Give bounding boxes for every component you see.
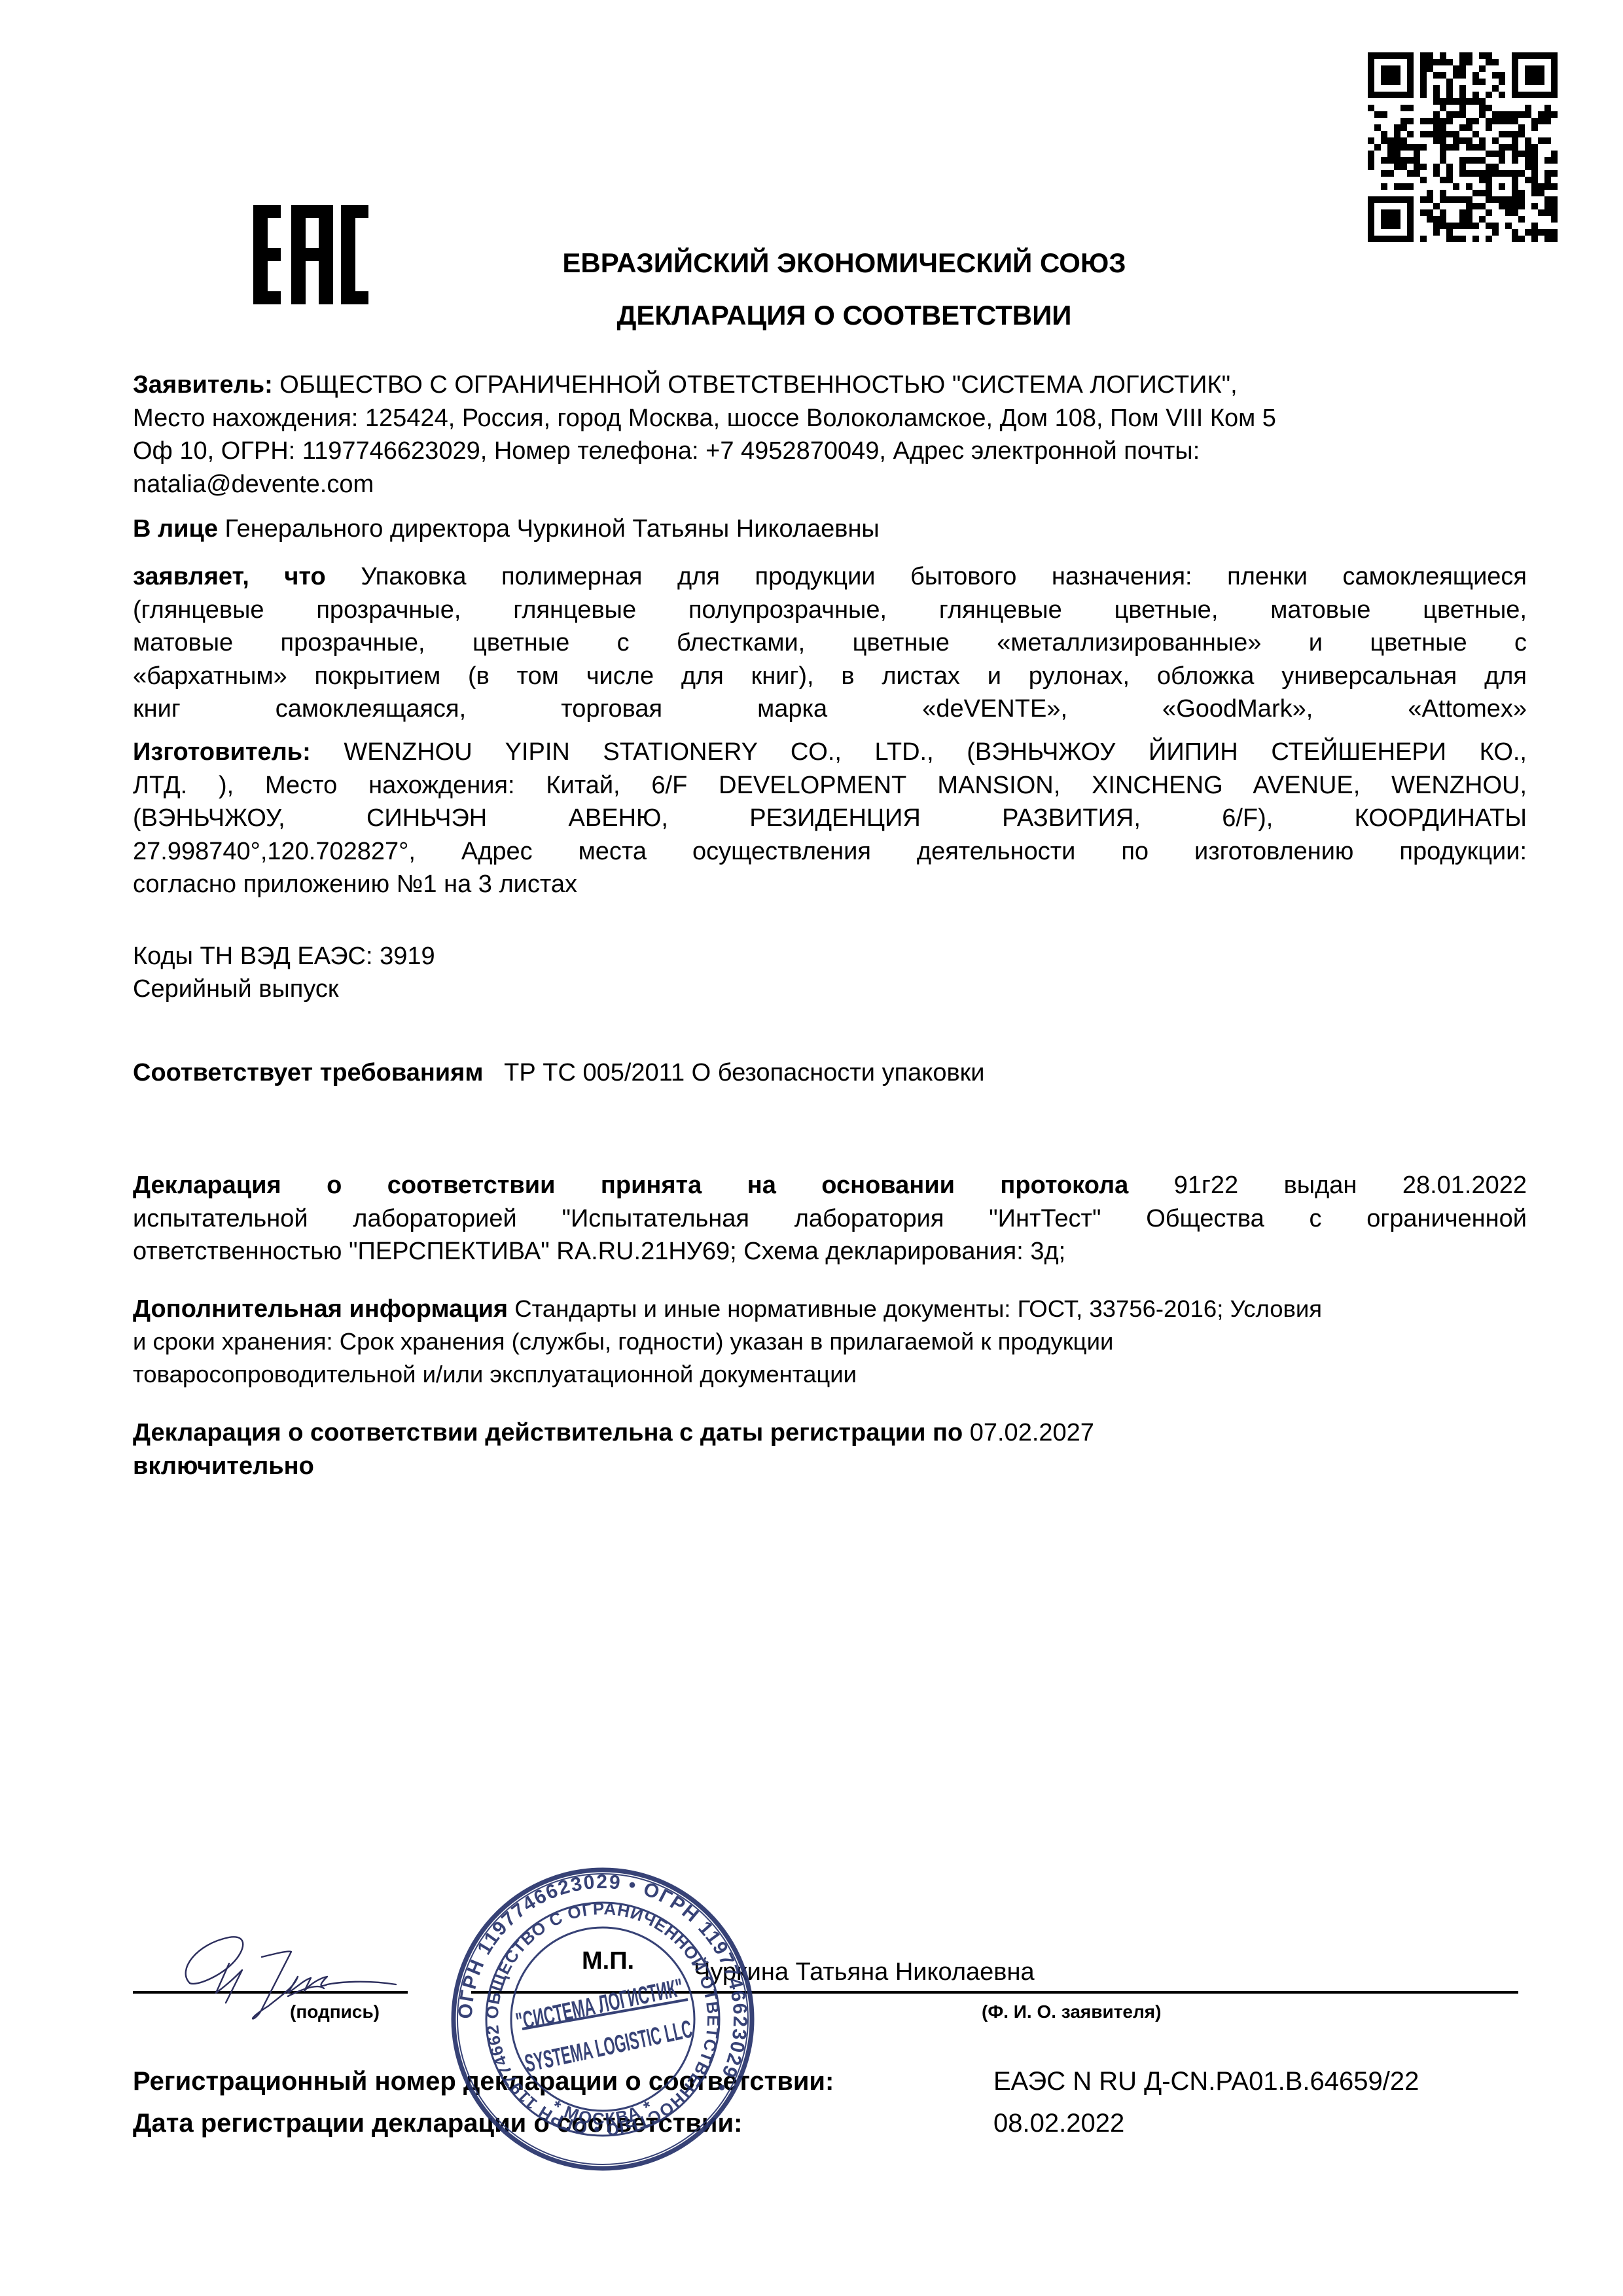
applicant-section: Заявитель: ОБЩЕСТВО С ОГРАНИЧЕННОЙ ОТВЕТ… (133, 368, 1527, 501)
extra-line-2: и сроки хранения: Срок хранения (службы,… (133, 1325, 1527, 1358)
union-title: ЕВРАЗИЙСКИЙ ЭКОНОМИЧЕСКИЙ СОЮЗ (0, 247, 1623, 279)
declares-label: заявляет, что (133, 563, 326, 590)
manufacturer-line-2: ЛТД. ), Место нахождения: Китай, 6/F DEV… (133, 769, 1527, 802)
handwritten-signature-icon (170, 1931, 419, 2029)
conforms-label: Соответствует требованиям (133, 1059, 483, 1086)
person-section: В лице Генерального директора Чуркиной Т… (133, 512, 1527, 546)
extra-line-3: товаросопроводительной и/или эксплуатаци… (133, 1358, 1527, 1391)
basis-line-3: ответственностью "ПЕРСПЕКТИВА" RA.RU.21Н… (133, 1235, 1527, 1268)
basis-line-1: 91г22 выдан 28.01.2022 (1128, 1172, 1527, 1199)
validity-date: 07.02.2027 (963, 1419, 1094, 1446)
product-line-1: Упаковка полимерная для продукции бытово… (326, 563, 1527, 590)
codes-section: Коды ТН ВЭД ЕАЭС: 3919 Серийный выпуск (133, 940, 1527, 1005)
applicant-email: natalia@devente.com (133, 468, 1527, 501)
applicant-label: Заявитель: (133, 371, 273, 399)
validity-label: Декларация о соответствии действительна … (133, 1419, 963, 1446)
declaration-title: ДЕКЛАРАЦИЯ О СООТВЕТСТВИИ (0, 300, 1623, 331)
manufacturer-line-1: WENZHOU YIPIN STATIONERY CO., LTD., (ВЭН… (311, 738, 1527, 766)
manufacturer-line-4: 27.998740°,120.702827°, Адрес места осущ… (133, 835, 1527, 869)
conforms-section: Соответствует требованиям ТР ТС 005/2011… (133, 1056, 1527, 1090)
product-line-4: «бархатным» покрытием (в том числе для к… (133, 660, 1527, 693)
extra-line-1: Стандарты и иные нормативные документы: … (508, 1295, 1322, 1322)
applicant-contacts: Оф 10, ОГРН: 1197746623029, Номер телефо… (133, 435, 1527, 468)
manufacturer-line-5: согласно приложению №1 на 3 листах (133, 868, 1527, 901)
manufacturer-label: Изготовитель: (133, 738, 311, 766)
tn-ved-code: Коды ТН ВЭД ЕАЭС: 3919 (133, 940, 1527, 973)
registration-number-value: ЕАЭС N RU Д-CN.РА01.В.64659/22 (993, 2067, 1419, 2096)
qr-code-icon (1368, 52, 1558, 242)
basis-section: Декларация о соответствии принята на осн… (133, 1169, 1527, 1268)
extra-info-section: Дополнительная информация Стандарты и ин… (133, 1293, 1527, 1391)
validity-suffix: включительно (133, 1450, 1527, 1483)
product-line-2: (глянцевые прозрачные, глянцевые полупро… (133, 594, 1527, 627)
company-stamp: ОГРН 1197746623029 • ОГРН 1197746623029 … (449, 1865, 757, 2173)
basis-line-2: испытательной лабораторией "Испытательна… (133, 1202, 1527, 1236)
manufacturer-section: Изготовитель: WENZHOU YIPIN STATIONERY C… (133, 736, 1527, 901)
product-line-5: книг самоклеящаяся, торговая марка «deVE… (133, 692, 1527, 726)
conforms-text: ТР ТС 005/2011 О безопасности упаковки (483, 1059, 984, 1086)
basis-label: Декларация о соответствии принята на осн… (133, 1172, 1128, 1199)
applicant-name: ОБЩЕСТВО С ОГРАНИЧЕННОЙ ОТВЕТСТВЕННОСТЬЮ… (273, 371, 1238, 399)
release-type: Серийный выпуск (133, 973, 1527, 1005)
extra-info-label: Дополнительная информация (133, 1295, 508, 1323)
fio-caption: (Ф. И. О. заявителя) (982, 2001, 1161, 2022)
product-line-3: матовые прозрачные, цветные с блестками,… (133, 626, 1527, 660)
person-label: В лице (133, 515, 218, 543)
applicant-address: Место нахождения: 125424, Россия, город … (133, 402, 1527, 435)
declares-section: заявляет, что Упаковка полимерная для пр… (133, 560, 1527, 726)
manufacturer-line-3: (ВЭНЬЧЖОУ, СИНЬЧЭН АВЕНЮ, РЕЗИДЕНЦИЯ РАЗ… (133, 802, 1527, 835)
validity-section: Декларация о соответствии действительна … (133, 1416, 1527, 1483)
seal-place-label: М.П. (582, 1947, 634, 1975)
person-text: Генерального директора Чуркиной Татьяны … (218, 515, 880, 543)
registration-date-value: 08.02.2022 (993, 2109, 1124, 2138)
